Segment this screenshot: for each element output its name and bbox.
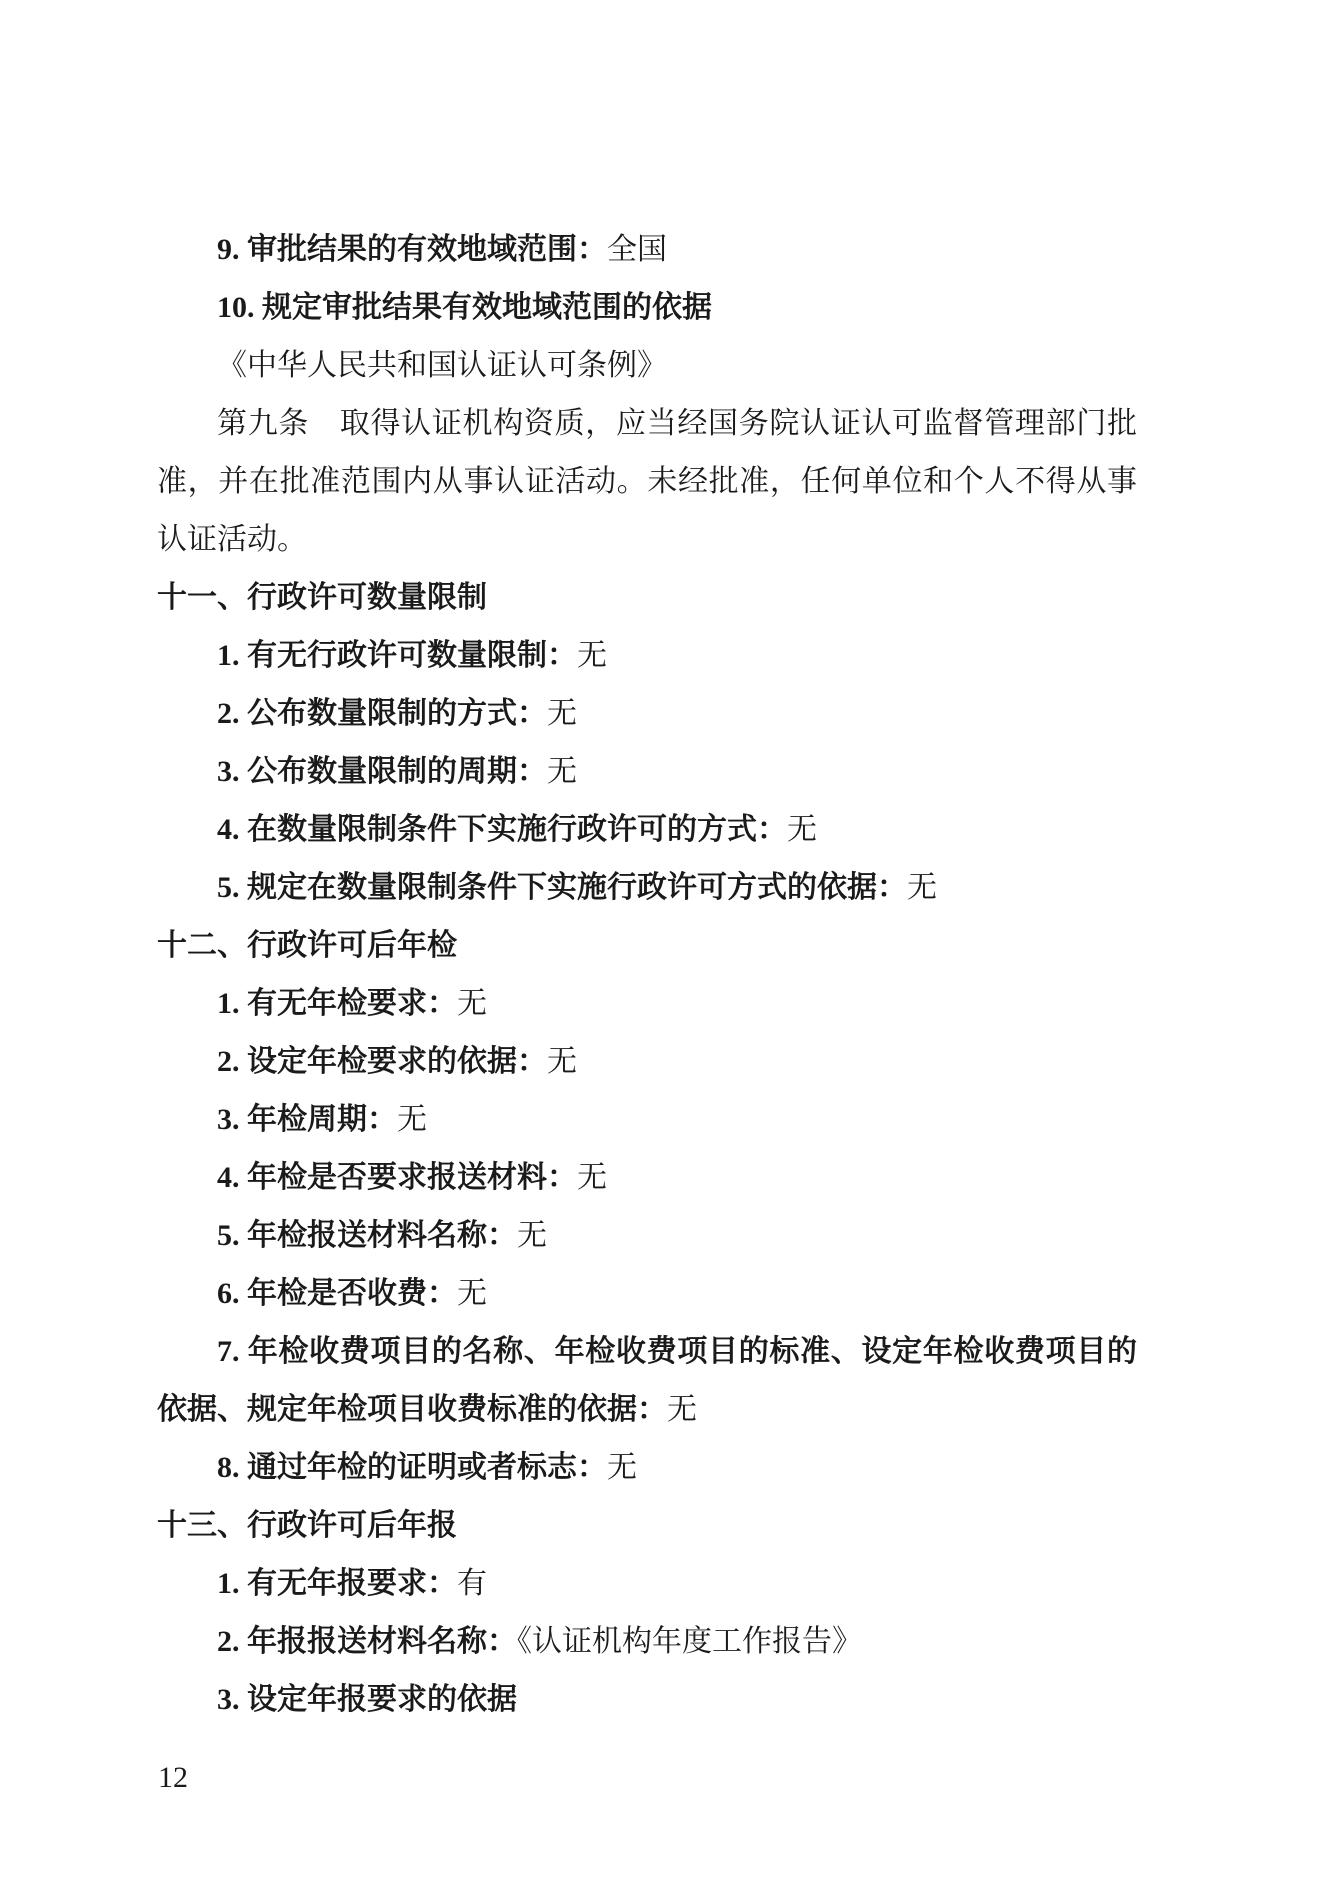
page-number: 12 — [158, 1763, 188, 1793]
value-text: 无 — [547, 755, 577, 788]
label-text: 十二、行政许可后年检 — [157, 929, 457, 962]
text-line: 2. 年报报送材料名称：《认证机构年度工作报告》 — [157, 1613, 1137, 1671]
value-text: 无 — [547, 1045, 577, 1078]
text-line: 准，并在批准范围内从事认证活动。未经批准，任何单位和个人不得从事 — [157, 453, 1137, 511]
text-line: 第九条 取得认证机构资质，应当经国务院认证认可监督管理部门批 — [157, 395, 1137, 453]
text-line: 2. 公布数量限制的方式：无 — [157, 685, 1137, 743]
value-text: 《中华人民共和国认证认可条例》 — [217, 349, 667, 382]
label-text: 9. 审批结果的有效地域范围： — [217, 233, 607, 266]
label-text: 2. 年报报送材料名称： — [217, 1625, 517, 1658]
value-text: 认证活动。 — [157, 523, 307, 556]
value-text: 无 — [457, 987, 487, 1020]
value-text: 有 — [457, 1567, 487, 1600]
label-text: 1. 有无行政许可数量限制： — [217, 639, 577, 672]
label-text: 十一、行政许可数量限制 — [157, 581, 487, 614]
text-line: 《中华人民共和国认证认可条例》 — [157, 337, 1137, 395]
label-text: 1. 有无年报要求： — [217, 1567, 457, 1600]
text-line: 1. 有无年检要求：无 — [157, 975, 1137, 1033]
text-line: 1. 有无年报要求：有 — [157, 1555, 1137, 1613]
document-body: 9. 审批结果的有效地域范围：全国10. 规定审批结果有效地域范围的依据《中华人… — [157, 221, 1137, 1729]
text-line: 2. 设定年检要求的依据：无 — [157, 1033, 1137, 1091]
text-line: 5. 规定在数量限制条件下实施行政许可方式的依据：无 — [157, 859, 1137, 917]
label-text: 十三、行政许可后年报 — [157, 1509, 457, 1542]
value-text: 无 — [907, 871, 937, 904]
label-text: 1. 有无年检要求： — [217, 987, 457, 1020]
value-text: 无 — [577, 1161, 607, 1194]
text-line: 4. 在数量限制条件下实施行政许可的方式：无 — [157, 801, 1137, 859]
label-text: 10. 规定审批结果有效地域范围的依据 — [217, 291, 712, 324]
label-text: 2. 设定年检要求的依据： — [217, 1045, 547, 1078]
text-line: 3. 年检周期：无 — [157, 1091, 1137, 1149]
value-text: 无 — [607, 1451, 637, 1484]
text-line: 3. 公布数量限制的周期：无 — [157, 743, 1137, 801]
label-text: 2. 公布数量限制的方式： — [217, 697, 547, 730]
value-text: 无 — [787, 813, 817, 846]
label-text: 5. 规定在数量限制条件下实施行政许可方式的依据： — [217, 871, 907, 904]
value-text: 第九条 取得认证机构资质，应当经国务院认证认可监督管理部门批 — [217, 407, 1137, 440]
value-text: 无 — [577, 639, 607, 672]
section-heading: 十三、行政许可后年报 — [157, 1497, 1137, 1555]
document-page: 9. 审批结果的有效地域范围：全国10. 规定审批结果有效地域范围的依据《中华人… — [0, 0, 1339, 1890]
text-line: 10. 规定审批结果有效地域范围的依据 — [157, 279, 1137, 337]
text-line: 1. 有无行政许可数量限制：无 — [157, 627, 1137, 685]
text-line: 3. 设定年报要求的依据 — [157, 1671, 1137, 1729]
label-text: 3. 公布数量限制的周期： — [217, 755, 547, 788]
value-text: 无 — [517, 1219, 547, 1252]
value-text: 全国 — [607, 233, 667, 266]
label-text: 3. 设定年报要求的依据 — [217, 1683, 517, 1716]
value-text: 《认证机构年度工作报告》 — [517, 1625, 862, 1658]
text-line: 7. 年检收费项目的名称、年检收费项目的标准、设定年检收费项目的 — [157, 1323, 1137, 1381]
value-text: 无 — [457, 1277, 487, 1310]
label-text: 7. 年检收费项目的名称、年检收费项目的标准、设定年检收费项目的 — [217, 1335, 1137, 1368]
text-line: 9. 审批结果的有效地域范围：全国 — [157, 221, 1137, 279]
label-text: 4. 年检是否要求报送材料： — [217, 1161, 577, 1194]
label-text: 依据、规定年检项目收费标准的依据： — [157, 1393, 667, 1426]
text-line: 认证活动。 — [157, 511, 1137, 569]
label-text: 4. 在数量限制条件下实施行政许可的方式： — [217, 813, 787, 846]
value-text: 无 — [667, 1393, 697, 1426]
text-line: 6. 年检是否收费：无 — [157, 1265, 1137, 1323]
text-line: 4. 年检是否要求报送材料：无 — [157, 1149, 1137, 1207]
text-line: 依据、规定年检项目收费标准的依据：无 — [157, 1381, 1137, 1439]
section-heading: 十一、行政许可数量限制 — [157, 569, 1137, 627]
label-text: 8. 通过年检的证明或者标志： — [217, 1451, 607, 1484]
value-text: 无 — [547, 697, 577, 730]
text-line: 5. 年检报送材料名称：无 — [157, 1207, 1137, 1265]
value-text: 无 — [397, 1103, 427, 1136]
label-text: 3. 年检周期： — [217, 1103, 397, 1136]
label-text: 5. 年检报送材料名称： — [217, 1219, 517, 1252]
value-text: 准，并在批准范围内从事认证活动。未经批准，任何单位和个人不得从事 — [157, 465, 1137, 498]
text-line: 8. 通过年检的证明或者标志：无 — [157, 1439, 1137, 1497]
label-text: 6. 年检是否收费： — [217, 1277, 457, 1310]
section-heading: 十二、行政许可后年检 — [157, 917, 1137, 975]
